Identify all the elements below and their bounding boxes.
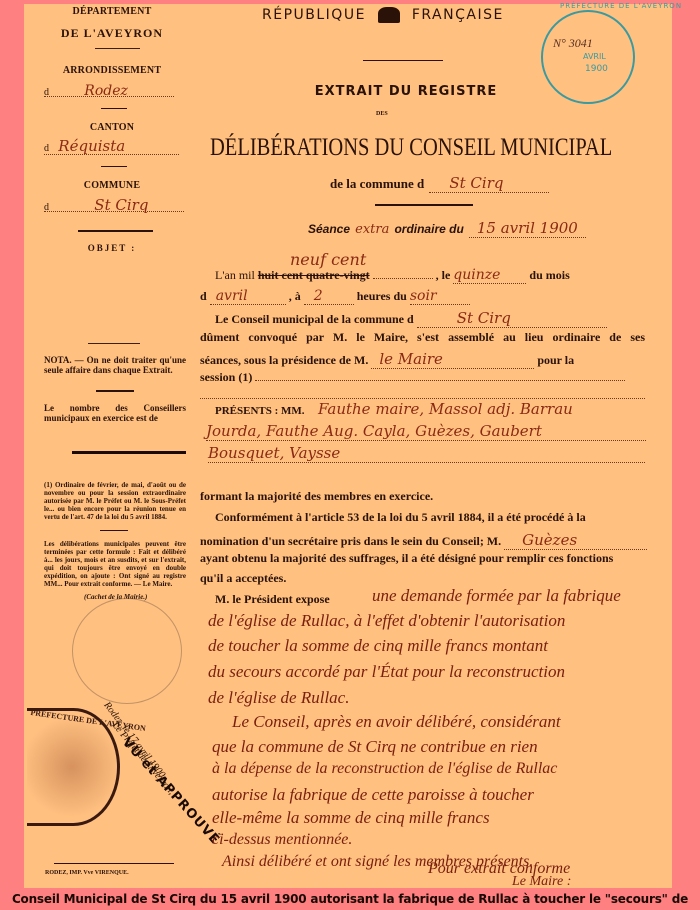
canton-prefix: d xyxy=(44,143,49,154)
printer-label: RODEZ, IMP. Vve VIRENQUE. xyxy=(45,870,129,876)
mairie-seal xyxy=(72,598,182,704)
presents-line-3: Bousquet, Vaysse xyxy=(208,444,645,463)
seance-line: Séance extra ordinaire du 15 avril 1900 xyxy=(308,218,638,238)
footnote-formule: Les délibérations municipales peuvent êt… xyxy=(44,540,186,588)
republique-right: FRANÇAISE xyxy=(412,7,504,23)
time-of-day: soir xyxy=(410,288,470,305)
year-handwritten: neuf cent xyxy=(290,250,366,269)
handwritten-line: de l'église de Rullac. xyxy=(208,688,349,708)
departement-label: DÉPARTEMENT xyxy=(24,6,200,17)
year-prefix: L'an mil xyxy=(215,268,255,282)
conseil-commune: St Cirq xyxy=(417,309,607,328)
year-line: L'an mil huit cent quatre-vingt , le qui… xyxy=(215,267,645,284)
stamp-year: 1900 xyxy=(585,64,608,74)
arrondissement-value: Rodez xyxy=(84,83,128,99)
conseil-text: Le Conseil municipal de la commune d xyxy=(215,312,414,326)
secretaire-name: Guèzes xyxy=(504,531,647,550)
acceptees-line: qu'il a acceptées. xyxy=(200,571,286,586)
ornament-rule xyxy=(95,48,140,49)
footnote-session: (1) Ordinaire de février, de mai, d'août… xyxy=(44,481,186,521)
conseillers-note: Le nombre des Conseillers municipaux en … xyxy=(44,403,186,423)
session-line: session (1) xyxy=(200,370,645,385)
commune-label: COMMUNE xyxy=(24,180,200,191)
seance-label: Séance xyxy=(308,222,350,236)
nota-text: NOTA. — On ne doit traiter qu'une seule … xyxy=(44,355,186,375)
des-label: DES xyxy=(376,111,388,117)
du-mois-label: du mois xyxy=(529,268,569,282)
struck-year: huit cent quatre-vingt xyxy=(258,268,370,282)
republique-heading: RÉPUBLIQUE FRANÇAISE xyxy=(262,7,532,23)
suffrages-line: ayant obtenu la majorité des suffrages, … xyxy=(200,551,645,566)
president-name: le Maire xyxy=(371,350,534,369)
arrondissement-label: ARRONDISSEMENT xyxy=(24,65,200,76)
canton-field: d Réquista xyxy=(44,136,179,155)
ornament-rule xyxy=(363,60,443,61)
ornament-rule xyxy=(88,343,140,344)
le-label: , le xyxy=(436,268,451,282)
handwritten-line: elle-même la somme de cinq mille francs xyxy=(212,808,490,828)
canton-value: Réquista xyxy=(58,137,125,155)
handwritten-line: de toucher la somme de cinq mille francs… xyxy=(208,636,548,656)
handwritten-line: que la commune de St Cirq ne contribue e… xyxy=(212,737,538,757)
thick-rule xyxy=(72,451,186,454)
handwritten-line: ci-dessus mentionnée. xyxy=(212,831,352,849)
month-prefix: d xyxy=(200,289,207,303)
title-rule xyxy=(375,204,473,206)
commune-value: St Cirq xyxy=(94,196,148,214)
handwritten-line: autorise la fabrique de cette paroisse à… xyxy=(212,785,534,805)
image-caption: Conseil Municipal de St Cirq du 15 avril… xyxy=(0,888,700,910)
presents-line-2: Jourda, Fauthe Aug. Cayla, Guèzes, Gaube… xyxy=(206,422,646,441)
seance-date: 15 avril 1900 xyxy=(469,219,586,238)
presents-line-1: Fauthe maire, Massol adj. Barrau xyxy=(318,400,573,418)
departement-value: DE L'AVEYRON xyxy=(24,26,200,41)
prefecture-date-stamp: N° 3041 AVRIL 1900 xyxy=(541,10,635,104)
stamp-ring-text: PRÉFECTURE DE L'AVEYRON xyxy=(560,2,682,10)
handwritten-line: une demande formée par la fabrique xyxy=(372,586,621,606)
handwritten-line: à la dépense de la reconstruction de l'é… xyxy=(212,760,557,778)
dotted-rule xyxy=(200,398,645,399)
commune-line-label: de la commune d xyxy=(330,176,424,191)
nomination-text: nomination d'un secrétaire pris dans le … xyxy=(200,534,501,548)
handwritten-line: de l'église de Rullac, à l'effet d'obten… xyxy=(208,611,565,631)
commune-field: d St Cirq xyxy=(44,195,184,212)
heures-label: heures du xyxy=(357,289,407,303)
article-line: Conformément à l'article 53 de la loi du… xyxy=(215,510,645,525)
extrait-heading: EXTRAIT DU REGISTRE xyxy=(306,84,506,99)
handwritten-line: Le Conseil, après en avoir délibéré, con… xyxy=(232,712,561,732)
day-value: quinze xyxy=(453,267,526,284)
ornament-rule xyxy=(78,230,153,232)
presidence-text: séances, sous la présidence de M. xyxy=(200,353,368,367)
arrondissement-field: d Rodez xyxy=(44,80,174,97)
stamp-month: AVRIL xyxy=(583,52,606,61)
republique-left: RÉPUBLIQUE xyxy=(262,7,366,23)
conseil-line: Le Conseil municipal de la commune d St … xyxy=(215,309,645,328)
divider xyxy=(101,108,127,109)
canton-label: CANTON xyxy=(24,122,200,133)
convoque-line: dûment convoqué par M. le Maire, s'est a… xyxy=(200,330,645,345)
printer-rule xyxy=(54,863,174,864)
presidence-line: séances, sous la présidence de M. le Mai… xyxy=(200,350,645,369)
seance-type: extra xyxy=(355,222,389,237)
marianne-emblem-icon xyxy=(378,7,400,23)
divider xyxy=(96,390,134,392)
a-label: , à xyxy=(289,289,301,303)
hour-value: 2 xyxy=(304,288,354,305)
commune-line: de la commune d St Cirq xyxy=(330,173,580,193)
divider xyxy=(101,166,127,167)
commune-line-value: St Cirq xyxy=(429,174,549,193)
dots xyxy=(255,380,625,381)
month-value: avril xyxy=(210,288,286,305)
stamp-number: N° 3041 xyxy=(553,36,593,51)
dots xyxy=(373,278,433,279)
divider xyxy=(100,530,128,531)
session-text: session (1) xyxy=(200,370,252,384)
president-expose: M. le Président expose xyxy=(215,592,330,607)
document-title: DÉLIBÉRATIONS DU CONSEIL MUNICIPAL xyxy=(210,134,563,162)
nomination-line: nomination d'un secrétaire pris dans le … xyxy=(200,531,645,550)
seance-mid: ordinaire du xyxy=(394,222,463,236)
handwritten-line: du secours accordé par l'État pour la re… xyxy=(208,662,565,682)
majorite-line: formant la majorité des membres en exerc… xyxy=(200,489,433,504)
commune-prefix: d xyxy=(44,202,49,213)
month-line: d avril , à 2 heures du soir xyxy=(200,288,640,305)
pour-la-label: pour la xyxy=(537,353,574,367)
arrondissement-prefix: d xyxy=(44,87,49,98)
objet-label: OBJET : xyxy=(24,243,200,253)
presents-label: PRÉSENTS : MM. xyxy=(215,405,305,417)
